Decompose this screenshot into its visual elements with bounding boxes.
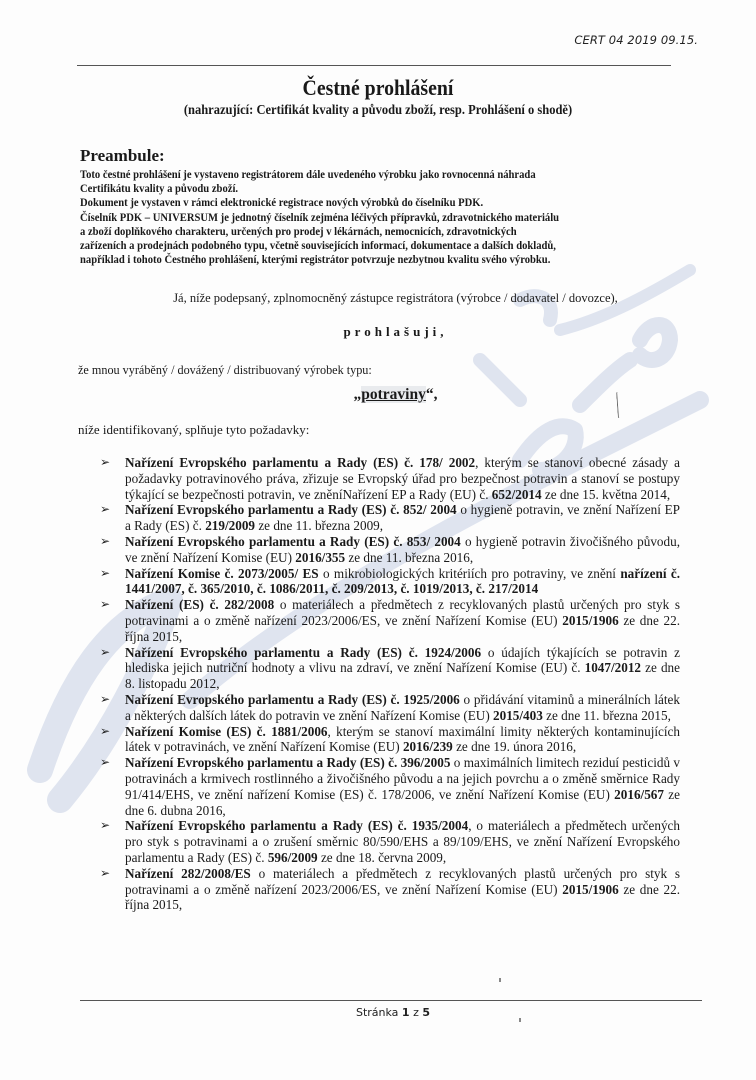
footer-divider xyxy=(80,1000,702,1001)
regulation-reference: Nařízení Evropského parlamentu a Rady (E… xyxy=(125,534,461,549)
regulation-reference: Nařízení Komise č. 2073/2005/ ES xyxy=(125,566,319,581)
regulation-reference: 2016/567 xyxy=(614,787,664,802)
regulation-item: ➢Nařízení Evropského parlamentu a Rady (… xyxy=(100,534,680,566)
product-close-quote: “, xyxy=(426,386,438,403)
regulation-reference: 219/2009 xyxy=(205,518,255,533)
regulation-reference: 1047/2012 xyxy=(585,660,641,675)
regulation-reference: 2015/1906 xyxy=(562,613,618,628)
regulation-reference: Nařízení Evropského parlamentu a Rady (E… xyxy=(125,502,457,517)
arrowhead-bullet-icon: ➢ xyxy=(100,502,110,518)
regulation-reference: Nařízení (ES) č. 282/2008 xyxy=(125,597,274,612)
regulation-item: ➢Nařízení Evropského parlamentu a Rady (… xyxy=(100,455,680,502)
arrowhead-bullet-icon: ➢ xyxy=(100,692,110,708)
arrowhead-bullet-icon: ➢ xyxy=(100,866,110,882)
arrowhead-bullet-icon: ➢ xyxy=(100,645,110,661)
regulation-reference: Nařízení Evropského parlamentu a Rady (E… xyxy=(125,455,475,470)
preamble-line: Číselník PDK – UNIVERSUM je jednotný čís… xyxy=(80,211,675,225)
declaration-verb: prohlašuji, xyxy=(0,324,756,340)
arrowhead-bullet-icon: ➢ xyxy=(100,724,110,740)
regulation-reference: 2016/239 xyxy=(403,739,453,754)
scan-speck xyxy=(499,978,501,982)
preamble-heading: Preambule: xyxy=(80,146,165,166)
regulation-text: o mikrobiologických kritériích pro potra… xyxy=(319,566,621,581)
page-label: Stránka xyxy=(356,1006,398,1019)
regulation-item: ➢Nařízení Evropského parlamentu a Rady (… xyxy=(100,502,680,534)
arrowhead-bullet-icon: ➢ xyxy=(100,755,110,771)
regulation-item: ➢Nařízení Evropského parlamentu a Rady (… xyxy=(100,755,680,818)
regulation-text: ze dne 11. března 2016, xyxy=(345,550,473,565)
arrowhead-bullet-icon: ➢ xyxy=(100,534,110,550)
regulation-reference: Nařízení Evropského parlamentu a Rady (E… xyxy=(125,755,450,770)
regulation-item: ➢Nařízení Komise (ES) č. 1881/2006, kter… xyxy=(100,724,680,756)
preamble-line: například i tohoto Čestného prohlášení, … xyxy=(80,253,675,267)
header-divider xyxy=(77,65,671,66)
preamble-line: Toto čestné prohlášení je vystaveno regi… xyxy=(80,168,675,182)
regulations-list: ➢Nařízení Evropského parlamentu a Rady (… xyxy=(100,455,680,913)
page-number: Stránka 1 z 5 xyxy=(0,1006,756,1019)
product-intro: že mnou vyráběný / dovážený / distribuov… xyxy=(78,363,372,378)
regulation-text: ze dne 11. března 2015, xyxy=(543,708,671,723)
product-type-name: potraviny xyxy=(361,386,426,403)
regulation-reference: 2015/1906 xyxy=(562,882,618,897)
regulation-reference: 596/2009 xyxy=(268,850,318,865)
preamble-line: Dokument je vystaven v rámci elektronick… xyxy=(80,196,675,210)
page-separator: z xyxy=(413,1006,419,1019)
regulation-text: ze dne 19. února 2016, xyxy=(453,739,576,754)
regulation-item: ➢Nařízení Evropského parlamentu a Rady (… xyxy=(100,818,680,865)
page-total: 5 xyxy=(422,1006,430,1019)
regulation-item: ➢Nařízení Evropského parlamentu a Rady (… xyxy=(100,645,680,692)
requirements-intro: níže identifikovaný, splňuje tyto požada… xyxy=(78,422,309,438)
page-current: 1 xyxy=(402,1006,410,1019)
declarant-statement: Já, níže podepsaný, zplnomocněný zástupc… xyxy=(0,291,756,306)
arrowhead-bullet-icon: ➢ xyxy=(100,566,110,582)
regulation-reference: Nařízení Evropského parlamentu a Rady (E… xyxy=(125,818,468,833)
preamble-line: a zboží doplňkového charakteru, určených… xyxy=(80,225,675,239)
regulation-item: ➢Nařízení (ES) č. 282/2008 o materiálech… xyxy=(100,597,680,644)
regulation-reference: 2015/403 xyxy=(493,708,543,723)
document-code: CERT 04 2019 09.15. xyxy=(574,33,698,47)
product-type: „potraviny“, xyxy=(0,386,756,404)
regulation-reference: 2016/355 xyxy=(295,550,345,565)
regulation-text: ze dne 18. června 2009, xyxy=(318,850,447,865)
preamble-text: Toto čestné prohlášení je vystaveno regi… xyxy=(80,168,675,267)
regulation-item: ➢Nařízení Komise č. 2073/2005/ ES o mikr… xyxy=(100,566,680,598)
regulation-item: ➢Nařízení 282/2008/ES o materiálech a př… xyxy=(100,866,680,913)
regulation-item: ➢Nařízení Evropského parlamentu a Rady (… xyxy=(100,692,680,724)
arrowhead-bullet-icon: ➢ xyxy=(100,818,110,834)
regulation-text: ze dne 11. března 2009, xyxy=(255,518,383,533)
document-subtitle: (nahrazující: Certifikát kvality a původ… xyxy=(30,102,726,118)
regulation-reference: Nařízení Evropského parlamentu a Rady (E… xyxy=(125,645,481,660)
arrowhead-bullet-icon: ➢ xyxy=(100,597,110,613)
document-title: Čestné prohlášení xyxy=(38,75,718,101)
regulation-reference: Nařízení Komise (ES) č. 1881/2006 xyxy=(125,724,328,739)
regulation-text: ze dne 15. května 2014, xyxy=(542,487,671,502)
regulation-reference: 652/2014 xyxy=(492,487,542,502)
arrowhead-bullet-icon: ➢ xyxy=(100,455,110,471)
regulation-reference: Nařízení 282/2008/ES xyxy=(125,866,251,881)
preamble-line: zařízeních a prodejnách podobného typu, … xyxy=(80,239,675,253)
document-page: CERT 04 2019 09.15. Čestné prohlášení (n… xyxy=(0,0,756,1080)
preamble-line: Certifikátu kvality a původu zboží. xyxy=(80,182,675,196)
regulation-reference: Nařízení Evropského parlamentu a Rady (E… xyxy=(125,692,460,707)
